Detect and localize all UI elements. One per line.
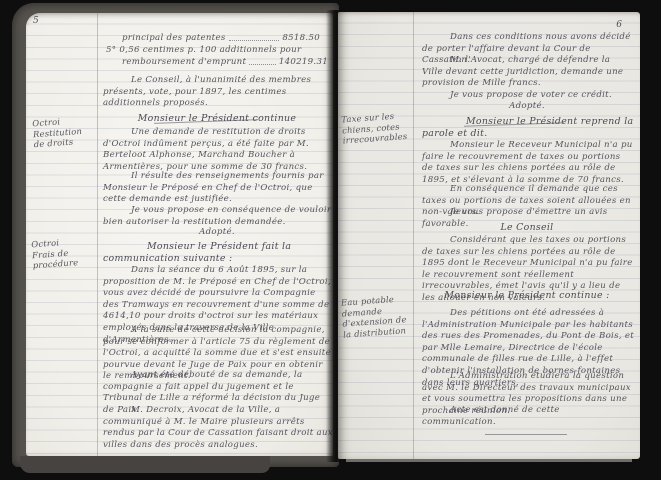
underlying-page-edge [346,459,632,462]
adopted-label: Adopté. [422,101,632,113]
page-number: 6 [616,20,622,30]
paragraph: Le Conseil, à l'unanimité des membres pr… [103,75,331,110]
section-heading: Monsieur le Président continue [103,113,331,125]
paragraph: Une demande de restitution de droits d'O… [103,127,333,173]
dotted-leader [229,40,280,41]
dotted-leader [249,64,276,65]
margin-rule [413,12,414,459]
adopted-label: Adopté. [103,227,331,239]
paragraph: Je vous propose de voter ce crédit. [422,90,634,102]
section-divider [485,434,567,435]
margin-rule [97,13,98,456]
ledger-label: 5° 0,56 centimes p. 100 additionnels pou… [106,45,301,55]
paragraph: Je vous propose en conséquence de vouloi… [103,205,333,228]
section-heading: Le Conseil [422,222,632,234]
ledger-label: principal des patentes [122,33,226,43]
ledger-amount: 8518.50 [282,33,320,43]
section-heading: Monsieur le Président reprend la parole … [422,116,634,139]
paragraph: Il résulte des renseignements fournis pa… [103,171,333,206]
paragraph: M. Decroix, Avocat de la Ville, a commun… [103,405,333,451]
ledger-label: remboursement d'emprunt [122,57,246,67]
paragraph: Monsieur le Receveur Municipal n'a pu fa… [422,140,634,186]
book-cover-bottom-edge [20,456,270,473]
margin-note: Octroi Restitution de droits [32,114,100,150]
section-heading: Monsieur le Président continue : [422,290,632,302]
ledger-row: 5° 0,56 centimes p. 100 additionnels pou… [106,45,324,55]
margin-note: Taxe sur les chiens, cotes irrecouvrable… [341,110,415,146]
page-number: 5 [33,16,39,26]
ledger-row: remboursement d'emprunt 140219.31 [122,57,328,67]
scanned-register-spread: 5 Octroi Restitution de droits Octroi Fr… [0,0,661,480]
left-page: 5 Octroi Restitution de droits Octroi Fr… [26,13,333,456]
margin-note: Octroi Frais de procédure [31,235,99,271]
ledger-row: principal des patentes 8518.50 [122,33,320,43]
paragraph: M. l'Avocat, chargé de défendre la Ville… [422,55,634,90]
right-page: 6 Taxe sur les chiens, cotes irrecouvrab… [338,12,640,459]
margin-note: Eau potable demande d'extension de la di… [341,292,420,339]
ledger-amount: 140219.31 [279,57,328,67]
paragraph: Acte est donné de cette communication. [422,405,582,428]
section-heading: Monsieur le Président fait la communicat… [103,241,331,264]
